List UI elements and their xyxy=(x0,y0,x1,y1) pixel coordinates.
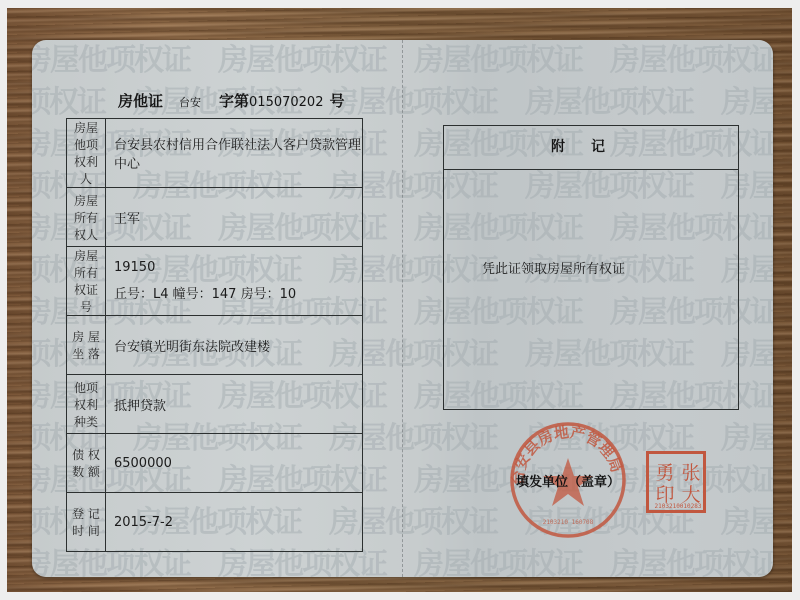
row-label: 房 屋 坐 落 xyxy=(67,316,106,375)
fold-line xyxy=(402,40,403,577)
table-row: 登 记 时 间 2015-7-2 xyxy=(67,493,363,552)
rights-table: 房屋他项权利人 台安县农村信用合作联社法人客户贷款管理 中心 房屋所有权人 王军… xyxy=(66,118,363,552)
seal-serial: 2103210010283 xyxy=(650,503,706,510)
value-line: 抵押贷款 xyxy=(114,395,361,414)
certificate-title: 房他证台安字第015070202号 xyxy=(118,90,345,111)
annex-box: 附记 凭此证领取房屋所有权证 xyxy=(443,125,739,410)
table-row: 债 权 数 额 6500000 xyxy=(67,434,363,493)
row-label: 房屋所有权人 xyxy=(67,188,106,247)
cert-suffix: 号 xyxy=(329,92,344,110)
value-line: 台安镇光明街东法院改建楼 xyxy=(114,336,361,355)
row-value: 6500000 xyxy=(105,434,362,493)
annex-title: 附记 xyxy=(444,126,738,170)
annex-note: 凭此证领取房屋所有权证 xyxy=(482,258,625,277)
row-label: 房屋他项权利人 xyxy=(67,119,106,188)
value-line: 19150 xyxy=(114,260,361,275)
personal-square-seal-icon: 张 大 勇 印 2103210010283 xyxy=(646,451,706,513)
row-label: 债 权 数 额 xyxy=(67,434,106,493)
row-value: 抵押贷款 xyxy=(105,375,362,434)
value-line: 台安县农村信用合作联社法人客户贷款管理 xyxy=(114,134,361,153)
row-label: 房屋所有权证号 xyxy=(67,247,106,316)
row-value: 19150 丘号：L4 幢号：147 房号：10 xyxy=(105,247,362,316)
value-line: 王军 xyxy=(114,208,361,227)
cert-region: 台安 xyxy=(179,96,201,109)
row-label: 他项权利种类 xyxy=(67,375,106,434)
cert-prefix: 字第 xyxy=(219,92,249,110)
cert-name: 房他证 xyxy=(118,92,163,110)
row-value: 台安县农村信用合作联社法人客户贷款管理 中心 xyxy=(105,119,362,188)
issuer-label: 填发单位（盖章） xyxy=(516,471,620,490)
table-row: 房屋他项权利人 台安县农村信用合作联社法人客户贷款管理 中心 xyxy=(67,119,363,188)
row-label: 登 记 时 间 xyxy=(67,493,106,552)
row-value: 王军 xyxy=(105,188,362,247)
table-row: 房屋所有权人 王军 xyxy=(67,188,363,247)
table-row: 他项权利种类 抵押贷款 xyxy=(67,375,363,434)
value-line: 6500000 xyxy=(114,456,361,471)
svg-text:2103210 160708: 2103210 160708 xyxy=(543,519,594,526)
row-value: 台安镇光明街东法院改建楼 xyxy=(105,316,362,375)
table-row: 房 屋 坐 落 台安镇光明街东法院改建楼 xyxy=(67,316,363,375)
value-line: 丘号：L4 幢号：147 房号：10 xyxy=(114,283,361,302)
value-line: 中心 xyxy=(114,153,361,172)
value-line: 2015-7-2 xyxy=(114,515,361,530)
cert-number: 015070202 xyxy=(249,95,323,110)
table-row: 房屋所有权证号 19150 丘号：L4 幢号：147 房号：10 xyxy=(67,247,363,316)
row-value: 2015-7-2 xyxy=(105,493,362,552)
